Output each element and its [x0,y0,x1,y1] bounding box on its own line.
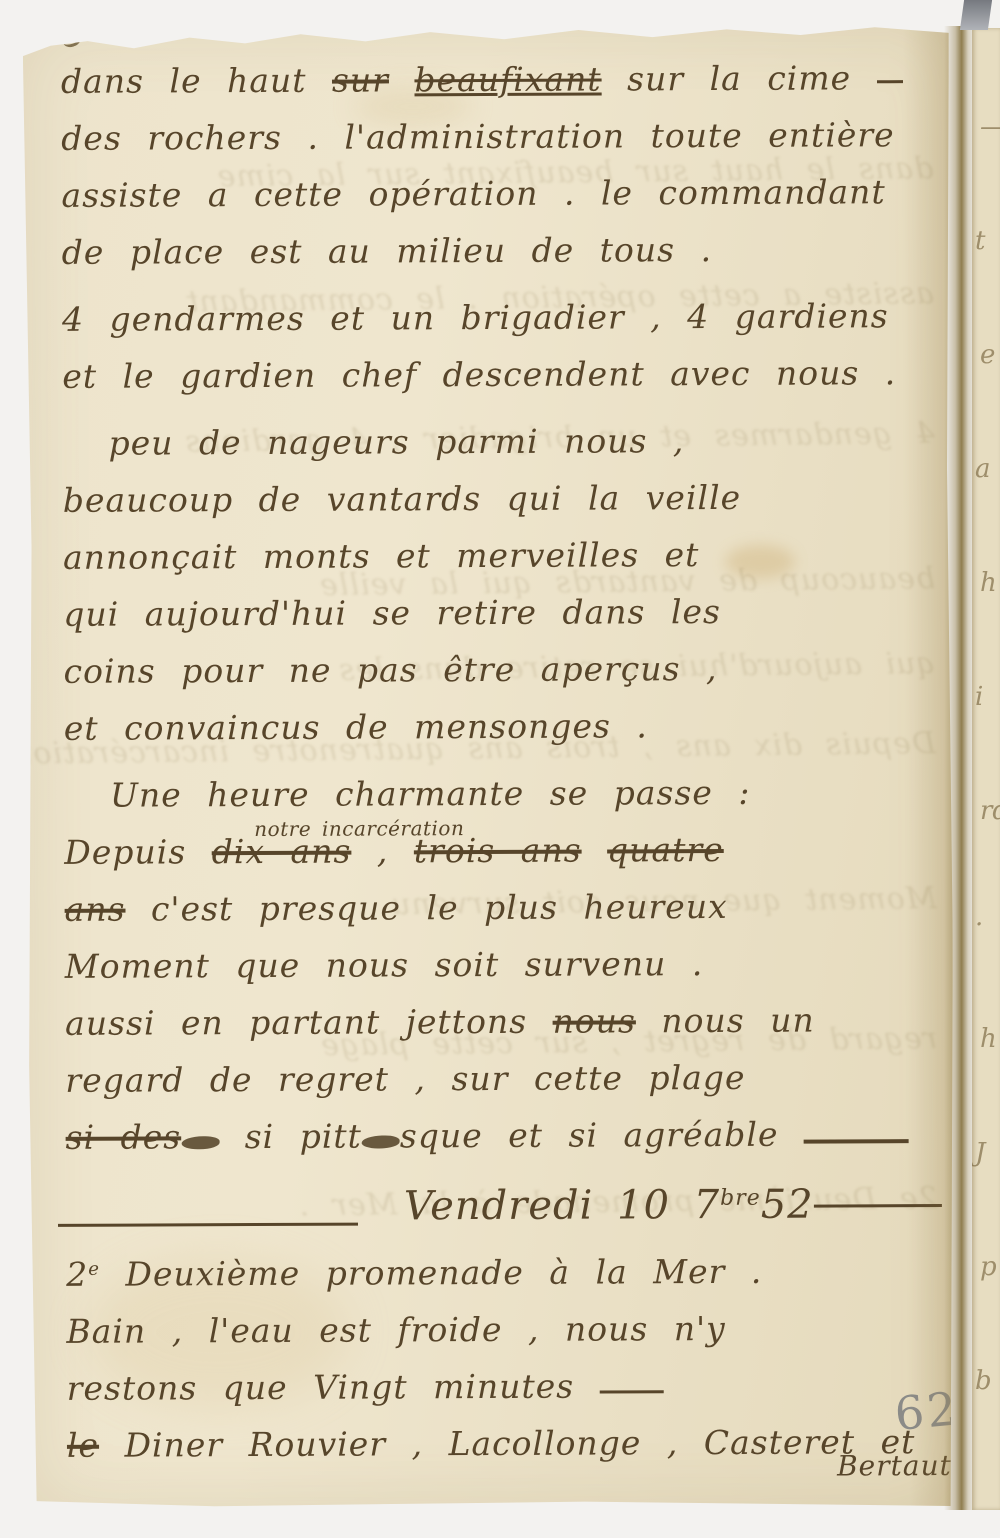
handwriting-text: dans le haut [61,61,332,101]
struck-word: si des [66,1117,182,1157]
corner-pen-mark [61,31,82,49]
handwriting-text [389,60,415,99]
adjacent-page-fragment: — [980,112,1000,142]
adjacent-page-fragment: i [975,682,1000,712]
manuscript-line: Bertaut [67,1449,951,1489]
handwriting-text: de place est au milieu de tous . [62,230,712,272]
manuscript-line: ans c'est presque le plus heureux [65,886,949,947]
adjacent-page-fragment: h [980,568,1000,598]
adjacent-page-fragment: J [975,1138,1000,1168]
handwriting-text: des rochers . l'administration toute ent… [61,115,895,158]
manuscript-line: Depuis dix ans , trois ans quatrenotre i… [64,829,948,890]
adjacent-page-fragment: h [980,1024,1000,1054]
manuscript-line: beaucoup de vantards qui la veille [63,477,947,538]
handwriting-text: c'est presque le plus heureux [125,887,727,929]
manuscript-line: Une heure charmante se passe : [110,772,948,833]
manuscript-line: si des si pittsque et si agréable [66,1114,950,1175]
manuscript-line: Moment que nous soit survenu . [65,943,949,1004]
struck-word: ans [65,890,126,929]
handwriting-text: 52 [761,1182,814,1228]
gray-tab [960,0,992,30]
ink-rule [600,1390,664,1393]
handwriting-text: Deuxième promenade à la Mer . [100,1252,763,1294]
manuscript-line: Vendredi 10 7bre52 [58,1181,950,1255]
superscript-text: e [88,1259,100,1280]
handwriting-text: annonçait monts et merveilles et [63,535,699,577]
struck-word: quatre [607,830,724,870]
manuscript-page: dans le haut sur beaufixant sur la cime … [23,24,955,1510]
handwriting-text: restons que Vingt minutes [67,1367,600,1408]
handwriting-text: assiste a cette opération . le commandan… [61,172,885,215]
manuscript-line: regard de regret , sur cette plage [65,1057,949,1118]
handwriting-text: Vendredi 10 7 [404,1182,720,1229]
manuscript-line: assiste a cette opération . le commandan… [61,172,945,233]
handwriting-text: sur la cime [602,58,877,98]
inserted-word: notre incarcération [254,816,464,841]
adjacent-page-fragment: e [980,340,1000,370]
manuscript-line: et convaincus de mensonges . [64,705,948,766]
adjacent-page-fragment: rd' [980,796,1000,826]
ink-blot [181,1136,219,1149]
handwriting-text: Bertaut [837,1449,952,1483]
manuscript-line: 2e Deuxième promenade à la Mer . [66,1251,950,1312]
handwriting-text: Bain , l'eau est froide , nous n'y [66,1309,725,1351]
handwriting-text: aussi en partant jettons [65,1002,553,1043]
manuscript-line: aussi en partant jettons nous nous un [65,1000,949,1061]
handwriting-text: Moment que nous soit survenu . [65,944,704,986]
handwriting-text: qui aujourd'hui se retire dans les [63,592,721,634]
manuscript-line: dans le haut sur beaufixant sur la cime [61,58,945,119]
handwriting-text: et le gardien chef descendent avec nous … [62,353,896,396]
ink-rule [58,1223,358,1227]
handwriting-text: nous un [636,1001,815,1041]
manuscript-line: coins pour ne pas être aperçus , [63,648,947,709]
ink-rule [814,1204,942,1208]
handwriting-text: Une heure charmante se passe : [110,773,751,815]
adjacent-page-fragment: · [975,910,1000,940]
manuscript-line: 4 gendarmes et un brigadier , 4 gardiens [62,296,946,357]
adjacent-page-fragment: p [980,1252,1000,1282]
handwriting-text: regard de regret , sur cette plage [65,1058,745,1100]
ink-rule [877,80,903,83]
adjacent-page-edge: —teahird'·hJpb [972,28,1000,1510]
manuscript-line: de place est au milieu de tous . [62,229,946,290]
manuscript-line: et le gardien chef descendent avec nous … [62,353,946,414]
scan-background: dans le haut sur beaufixant sur la cime … [0,0,1000,1538]
adjacent-page-fragment: t [975,226,1000,256]
handwriting-text: sque et si agréable [400,1115,804,1156]
adjacent-page-fragment: a [975,454,1000,484]
manuscript-line: qui aujourd'hui se retire dans les [63,591,947,652]
handwriting-text: Depuis [64,832,212,872]
handwriting-text: 4 gendarmes et un brigadier , 4 gardiens [62,296,889,339]
handwriting-text: coins pour ne pas être aperçus , [63,649,717,691]
handwriting-text [582,830,608,869]
struck-word: nous [552,1001,635,1040]
ink-rule [804,1139,909,1143]
ink-blot [362,1135,400,1148]
handwriting-text: beaucoup de vantards qui la veille [63,478,741,520]
adjacent-page-fragment: b [975,1366,1000,1396]
struck-word: sur [332,60,389,99]
handwriting-text: 2 [66,1255,88,1294]
manuscript-line: annonçait monts et merveilles et [63,534,947,595]
manuscript-line: Bain , l'eau est froide , nous n'y [66,1308,950,1369]
manuscript-line: peu de nageurs parmi nous , [108,420,946,481]
handwriting-layer: dans le haut sur beaufixant sur la cime … [61,58,951,1489]
manuscript-line: des rochers . l'administration toute ent… [61,115,945,176]
handwriting-text: et convaincus de mensonges . [64,706,648,748]
handwriting-text: si pitt [219,1117,362,1157]
struck-underlined-word: beaufixant [414,60,601,100]
manuscript-line: restons que Vingt minutes [67,1365,951,1426]
superscript-text: bre [720,1186,761,1211]
handwriting-text: peu de nageurs parmi nous , [108,421,684,463]
